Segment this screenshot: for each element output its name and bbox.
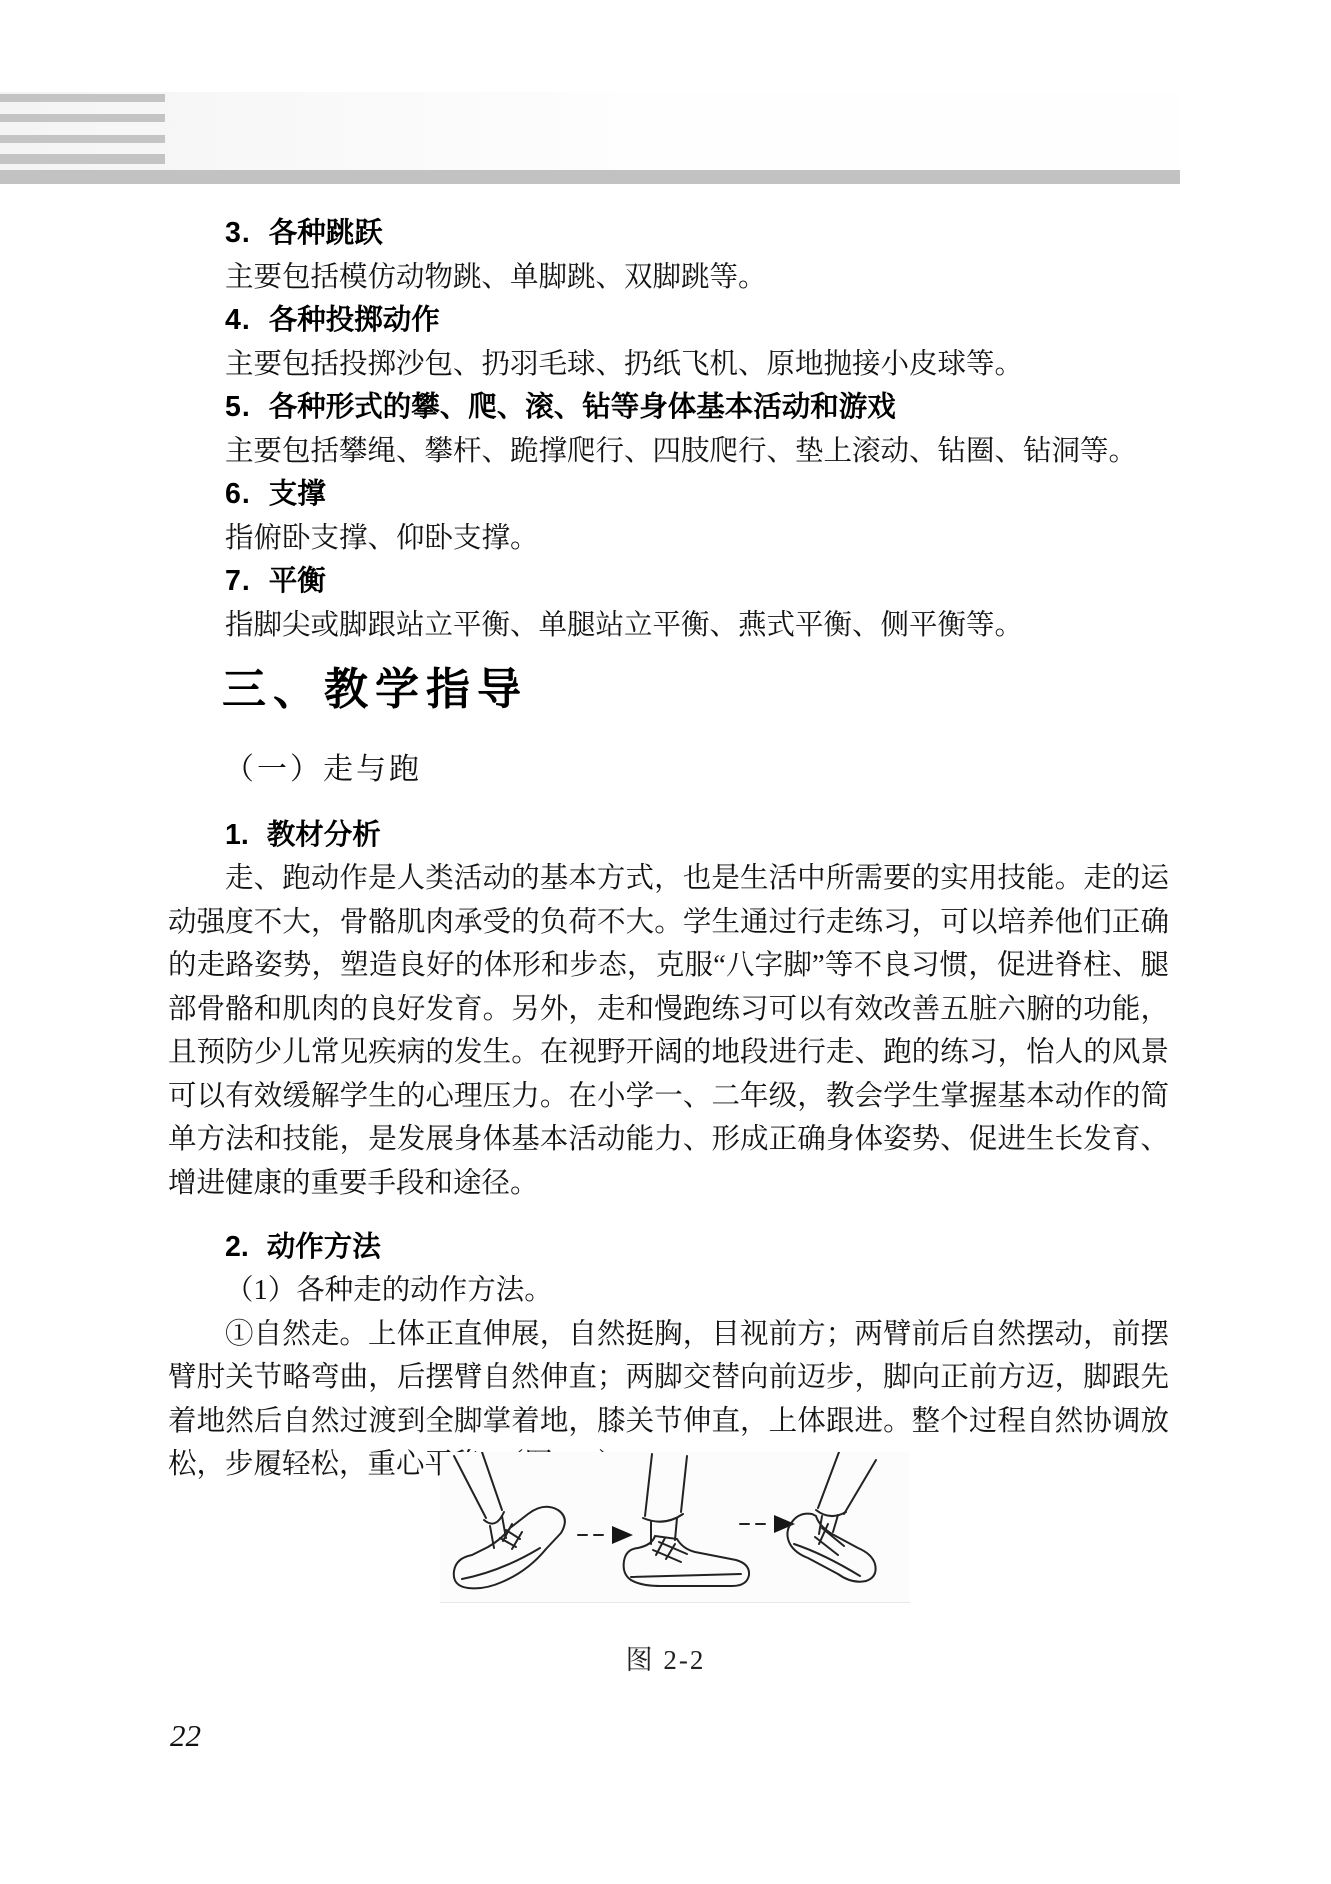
list-item-title: 各种跳跃 — [269, 217, 383, 249]
list-item-title: 各种投掷动作 — [269, 304, 440, 336]
list-item-3-heading: 3.各种跳跃 — [168, 212, 1169, 256]
figure-caption: 图 2-2 — [0, 1638, 1331, 1677]
heading-title: 动作方法 — [267, 1231, 381, 1263]
page-number: 22 — [170, 1718, 201, 1754]
header-gradient-panel — [0, 92, 1180, 172]
list-item-6-heading: 6.支撑 — [168, 473, 1169, 517]
list-item-title: 平衡 — [269, 565, 326, 597]
list-item-5-heading: 5.各种形式的攀、爬、滚、钻等身体基本活动和游戏 — [168, 386, 1169, 430]
list-item-7-heading: 7.平衡 — [168, 560, 1169, 604]
header-bar-3 — [0, 135, 165, 143]
list-item-number: 7. — [225, 565, 251, 597]
list-item-number: 6. — [225, 478, 251, 510]
list-item-3-body: 主要包括模仿动物跳、单脚跳、双脚跳等。 — [168, 256, 1169, 300]
list-item-5-body: 主要包括攀绳、攀杆、跪撑爬行、四肢爬行、垫上滚动、钻圈、钻洞等。 — [168, 430, 1169, 474]
heading-title: 教材分析 — [267, 819, 381, 851]
foot-heel-strike — [454, 1452, 565, 1588]
foot-toe-off — [787, 1452, 876, 1582]
header-bar-1 — [0, 94, 165, 102]
list-item-title: 各种形式的攀、爬、滚、钻等身体基本活动和游戏 — [269, 391, 896, 423]
methods-heading: 2.动作方法 — [168, 1225, 1169, 1269]
list-item-number: 4. — [225, 304, 251, 336]
heading-number: 1. — [225, 819, 249, 851]
walking-feet-svg — [440, 1452, 910, 1602]
header-bar-4 — [0, 154, 165, 164]
list-item-7-body: 指脚尖或脚跟站立平衡、单腿站立平衡、燕式平衡、侧平衡等。 — [168, 604, 1169, 648]
heading-number: 2. — [225, 1231, 249, 1263]
header-bar-2 — [0, 114, 165, 122]
page-content: 3.各种跳跃 主要包括模仿动物跳、单脚跳、双脚跳等。 4.各种投掷动作 主要包括… — [168, 212, 1169, 1487]
book-page: 3.各种跳跃 主要包括模仿动物跳、单脚跳、双脚跳等。 4.各种投掷动作 主要包括… — [0, 0, 1331, 1884]
arrow-right-1 — [578, 1526, 633, 1544]
list-item-6-body: 指俯卧支撑、仰卧支撑。 — [168, 517, 1169, 561]
section-heading: 三、教学指导 — [222, 661, 1169, 719]
methods-item-1: （1）各种走的动作方法。 — [168, 1269, 1169, 1313]
header-rule-bar — [0, 170, 1180, 184]
analysis-heading: 1.教材分析 — [168, 813, 1169, 857]
list-item-title: 支撑 — [269, 478, 326, 510]
arrow-right-2 — [740, 1515, 795, 1533]
foot-flat — [624, 1454, 749, 1586]
list-item-4-heading: 4.各种投掷动作 — [168, 299, 1169, 343]
list-item-number: 3. — [225, 217, 251, 249]
list-item-number: 5. — [225, 391, 251, 423]
subsection-heading: （一）走与跑 — [224, 747, 1169, 793]
analysis-paragraph: 走、跑动作是人类活动的基本方式，也是生活中所需要的实用技能。走的运动强度不大，骨… — [168, 857, 1169, 1205]
list-item-4-body: 主要包括投掷沙包、扔羽毛球、扔纸飞机、原地抛接小皮球等。 — [168, 343, 1169, 387]
walking-feet-illustration — [440, 1452, 910, 1603]
